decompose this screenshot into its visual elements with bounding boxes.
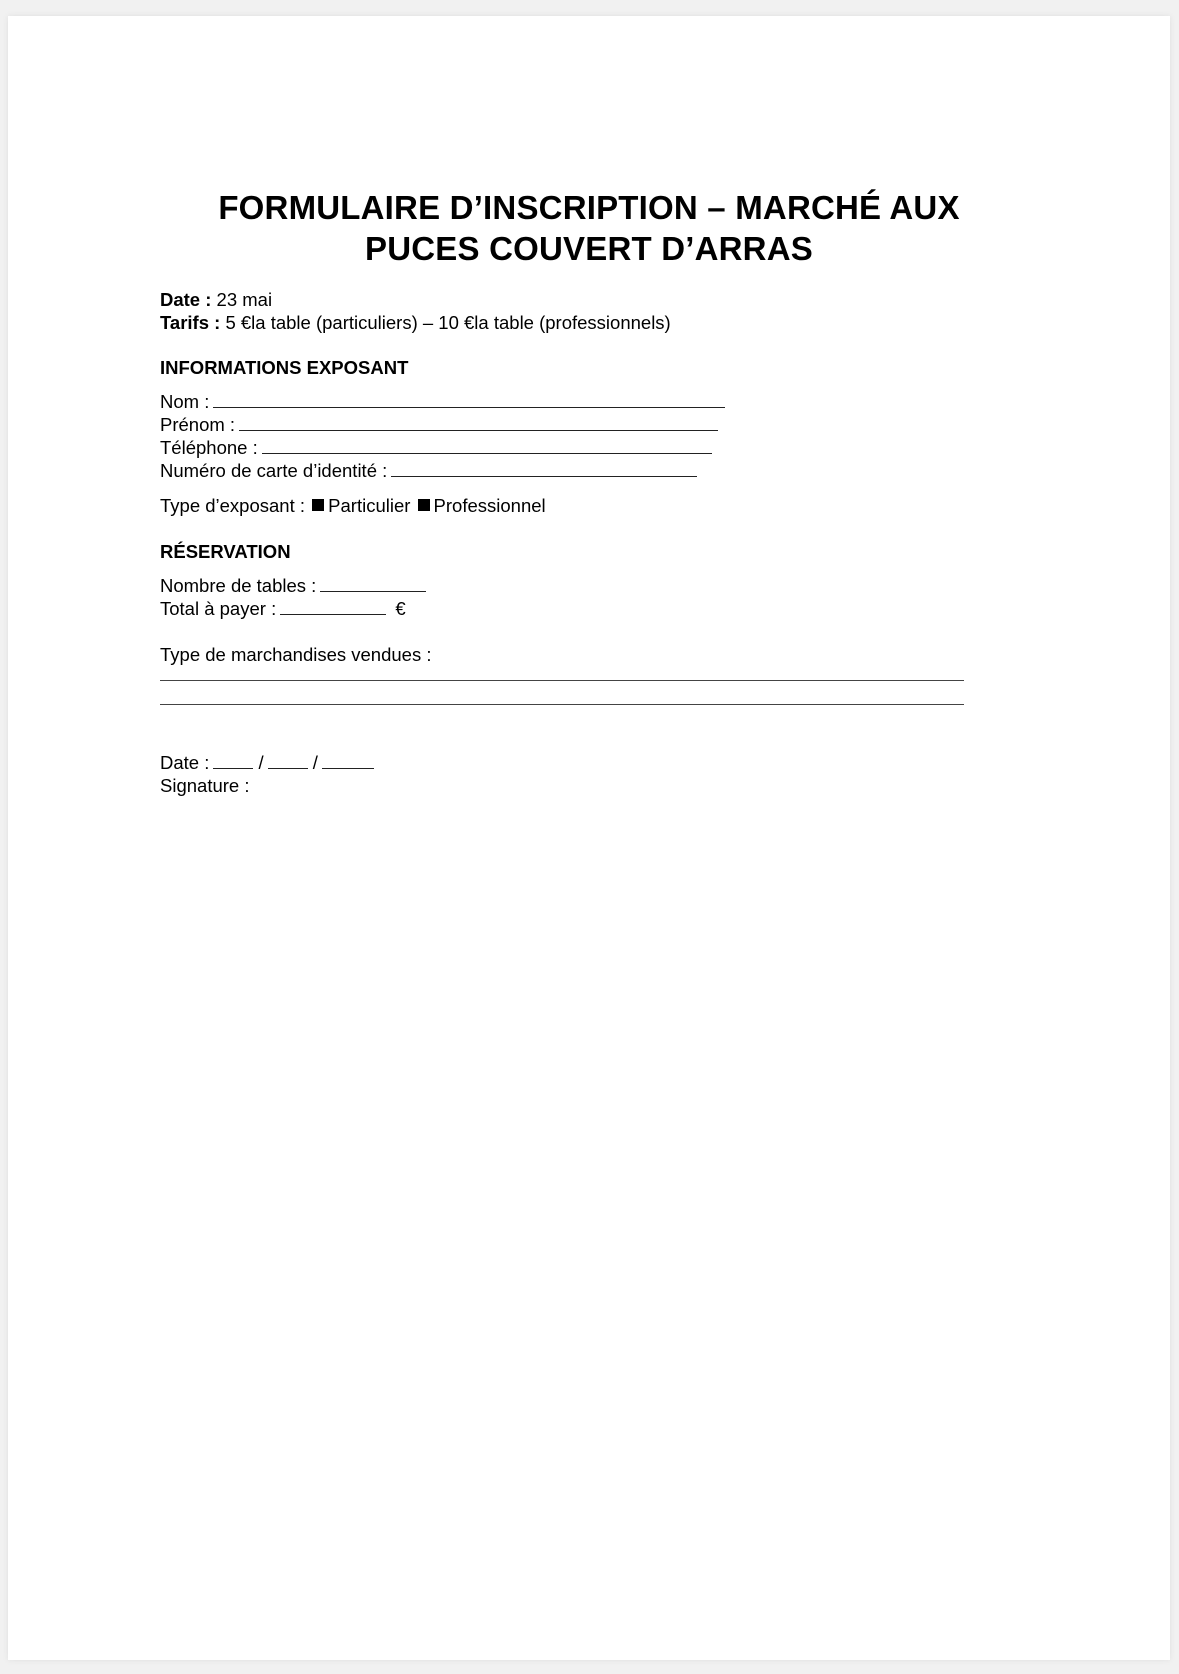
field-nombre-tables-label: Nombre de tables : xyxy=(160,575,316,596)
field-marchandises-line-2[interactable] xyxy=(160,704,964,705)
type-exposant: Type d’exposant : Particulier Profession… xyxy=(160,494,546,517)
field-carte-identite-label: Numéro de carte d’identité : xyxy=(160,460,387,481)
date-separator: / xyxy=(259,752,264,773)
field-total-label: Total à payer : xyxy=(160,598,276,619)
option-professionnel-label: Professionnel xyxy=(434,495,546,516)
title-line-2: PUCES COUVERT D’ARRAS xyxy=(8,228,1170,269)
field-telephone-input[interactable] xyxy=(262,436,712,454)
signature-label: Signature : xyxy=(160,775,249,796)
field-signature-date: Date : / / xyxy=(160,751,374,774)
tarifs-label: Tarifs : xyxy=(160,312,220,333)
field-prenom-input[interactable] xyxy=(239,413,718,431)
date-separator: / xyxy=(313,752,318,773)
checkbox-professionnel[interactable] xyxy=(418,499,430,511)
field-total: Total à payer : € xyxy=(160,597,406,620)
signature-date-label: Date : xyxy=(160,752,209,773)
type-exposant-label: Type d’exposant : xyxy=(160,495,305,516)
section-heading-reservation: RÉSERVATION xyxy=(160,540,291,563)
signature-date-year-input[interactable] xyxy=(322,751,374,769)
section-heading-exposant: INFORMATIONS EXPOSANT xyxy=(160,356,408,379)
field-prenom: Prénom : xyxy=(160,413,718,436)
field-marchandises-line-1[interactable] xyxy=(160,680,964,681)
checkbox-particulier[interactable] xyxy=(312,499,324,511)
field-telephone: Téléphone : xyxy=(160,436,712,459)
field-carte-identite-input[interactable] xyxy=(391,459,697,477)
signature-date-month-input[interactable] xyxy=(268,751,308,769)
currency-symbol: € xyxy=(395,598,405,619)
field-total-input[interactable] xyxy=(280,597,386,615)
field-nom-input[interactable] xyxy=(213,390,725,408)
option-particulier-label: Particulier xyxy=(328,495,410,516)
field-marchandises-label: Type de marchandises vendues : xyxy=(160,643,432,666)
field-nombre-tables: Nombre de tables : xyxy=(160,574,426,597)
event-date-label: Date : xyxy=(160,289,211,310)
field-nom-label: Nom : xyxy=(160,391,209,412)
page-title: FORMULAIRE D’INSCRIPTION – MARCHÉ AUX PU… xyxy=(8,187,1170,269)
field-telephone-label: Téléphone : xyxy=(160,437,258,458)
signature-date-day-input[interactable] xyxy=(213,751,253,769)
field-nombre-tables-input[interactable] xyxy=(320,574,426,592)
tarifs-value: 5 €la table (particuliers) – 10 €la tabl… xyxy=(225,312,670,333)
event-date: Date : 23 mai xyxy=(160,288,272,311)
tarifs: Tarifs : 5 €la table (particuliers) – 10… xyxy=(160,311,671,334)
title-line-1: FORMULAIRE D’INSCRIPTION – MARCHÉ AUX xyxy=(8,187,1170,228)
document-page: FORMULAIRE D’INSCRIPTION – MARCHÉ AUX PU… xyxy=(8,16,1170,1660)
field-carte-identite: Numéro de carte d’identité : xyxy=(160,459,697,482)
event-date-value: 23 mai xyxy=(217,289,273,310)
field-prenom-label: Prénom : xyxy=(160,414,235,435)
field-nom: Nom : xyxy=(160,390,725,413)
field-signature: Signature : xyxy=(160,774,249,797)
